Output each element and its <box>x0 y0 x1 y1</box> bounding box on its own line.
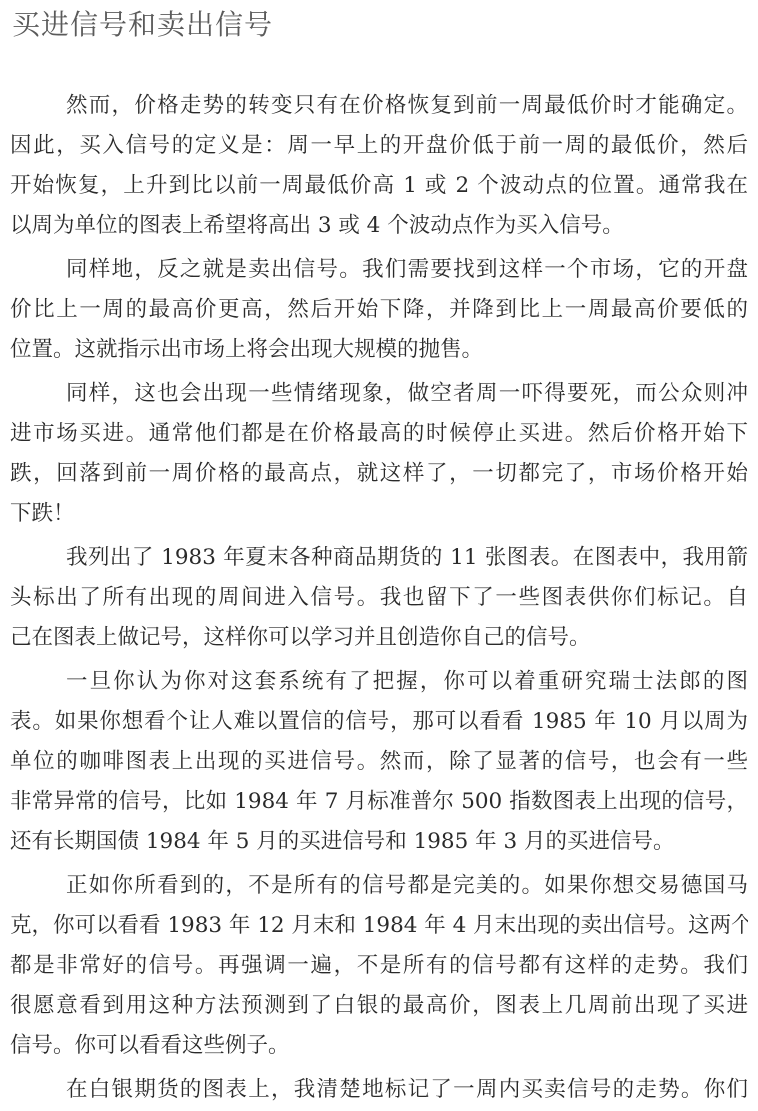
text-line: 己在图表上做记号，这样你可以学习并且创造你自己的信号。 <box>10 618 748 658</box>
text-line: 同样，这也会出现一些情绪现象，做空者周一吓得要死，而公众则冲 <box>10 374 748 414</box>
text-line: 跌，回落到前一周价格的最高点，就这样了，一切都完了，市场价格开始 <box>10 454 748 494</box>
text-line: 以周为单位的图表上希望将高出 3 或 4 个波动点作为买入信号。 <box>10 206 748 246</box>
section-title: 买进信号和卖出信号 <box>12 6 273 44</box>
text-line: 头标出了所有出现的周间进入信号。我也留下了一些图表供你们标记。自 <box>10 578 748 618</box>
text-line: 非常异常的信号，比如 1984 年 7 月标准普尔 500 指数图表上出现的信号… <box>10 782 748 822</box>
text-line: 因此，买入信号的定义是：周一早上的开盘价低于前一周的最低价，然后 <box>10 126 748 166</box>
text-line: 下跌！ <box>10 494 748 534</box>
text-line: 表。如果你想看个让人难以置信的信号，那可以看看 1985 年 10 月以周为 <box>10 702 748 742</box>
text-line: 克，你可以看看 1983 年 12 月末和 1984 年 4 月末出现的卖出信号… <box>10 906 748 946</box>
paragraph: 正如你所看到的，不是所有的信号都是完美的。如果你想交易德国马 克，你可以看看 1… <box>10 866 748 1066</box>
body-text: 然而，价格走势的转变只有在价格恢复到前一周最低价时才能确定。 因此，买入信号的定… <box>10 86 748 1110</box>
text-line: 正如你所看到的，不是所有的信号都是完美的。如果你想交易德国马 <box>10 866 748 906</box>
text-line: 单位的咖啡图表上出现的买进信号。然而，除了显著的信号，也会有一些 <box>10 742 748 782</box>
paragraph: 同样，这也会出现一些情绪现象，做空者周一吓得要死，而公众则冲 进市场买进。通常他… <box>10 374 748 534</box>
text-line: 很愿意看到用这种方法预测到了白银的最高价，图表上几周前出现了买进 <box>10 986 748 1026</box>
text-line: 在白银期货的图表上，我清楚地标记了一周内买卖信号的走势。你们 <box>10 1070 748 1110</box>
text-line: 价比上一周的最高价更高，然后开始下降，并降到比上一周最高价要低的 <box>10 290 748 330</box>
text-line: 进市场买进。通常他们都是在价格最高的时候停止买进。然后价格开始下 <box>10 414 748 454</box>
paragraph: 同样地，反之就是卖出信号。我们需要找到这样一个市场，它的开盘 价比上一周的最高价… <box>10 250 748 370</box>
text-line: 信号。你可以看看这些例子。 <box>10 1026 748 1066</box>
paragraph: 然而，价格走势的转变只有在价格恢复到前一周最低价时才能确定。 因此，买入信号的定… <box>10 86 748 246</box>
text-line: 开始恢复，上升到比以前一周最低价高 1 或 2 个波动点的位置。通常我在 <box>10 166 748 206</box>
text-line: 还有长期国债 1984 年 5 月的买进信号和 1985 年 3 月的买进信号。 <box>10 822 748 862</box>
text-line: 然而，价格走势的转变只有在价格恢复到前一周最低价时才能确定。 <box>10 86 748 126</box>
text-line: 一旦你认为你对这套系统有了把握，你可以着重研究瑞士法郎的图 <box>10 662 748 702</box>
paragraph: 我列出了 1983 年夏末各种商品期货的 11 张图表。在图表中，我用箭 头标出… <box>10 538 748 658</box>
text-line: 同样地，反之就是卖出信号。我们需要找到这样一个市场，它的开盘 <box>10 250 748 290</box>
text-line: 我列出了 1983 年夏末各种商品期货的 11 张图表。在图表中，我用箭 <box>10 538 748 578</box>
text-line: 都是非常好的信号。再强调一遍，不是所有的信号都有这样的走势。我们 <box>10 946 748 986</box>
text-line: 位置。这就指示出市场上将会出现大规模的抛售。 <box>10 330 748 370</box>
paragraph: 在白银期货的图表上，我清楚地标记了一周内买卖信号的走势。你们 <box>10 1070 748 1110</box>
paragraph: 一旦你认为你对这套系统有了把握，你可以着重研究瑞士法郎的图 表。如果你想看个让人… <box>10 662 748 862</box>
